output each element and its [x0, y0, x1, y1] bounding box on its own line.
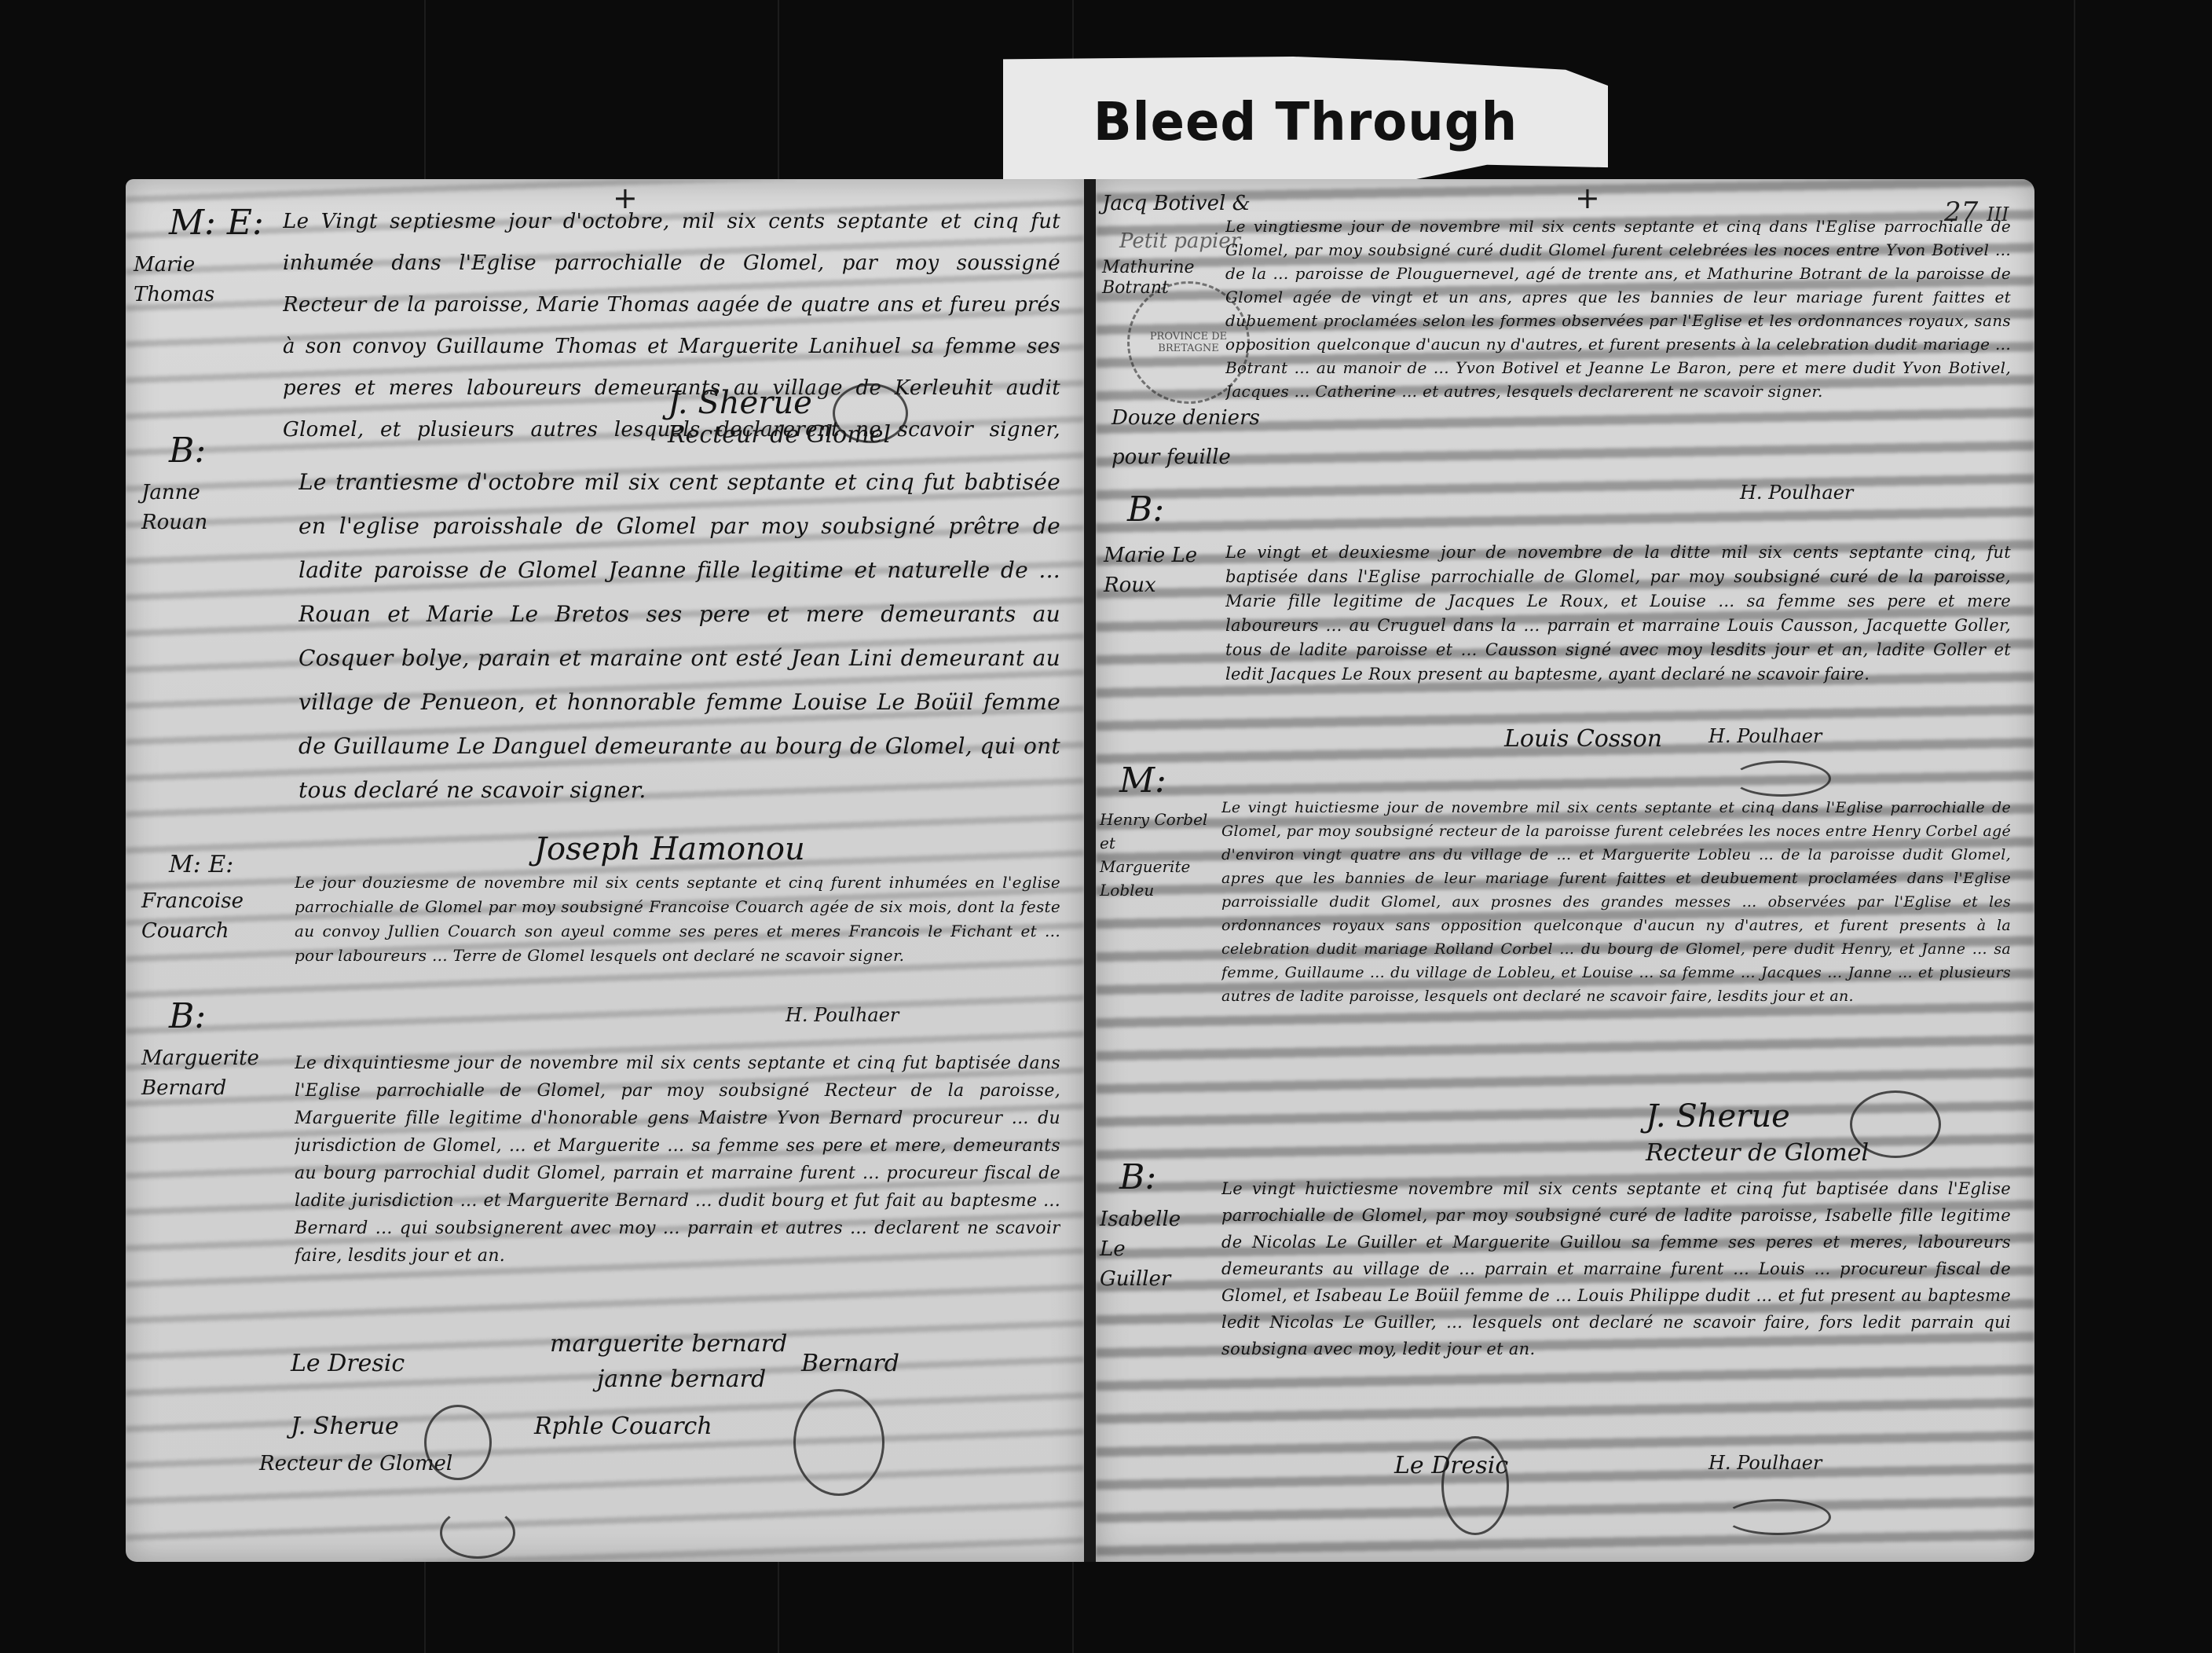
entry-code: M: E: — [169, 851, 233, 878]
cross-mark: + — [1575, 181, 1600, 215]
right-page: + 27 III Jacq Botivel & Petit papier PRO… — [1096, 179, 2034, 1562]
margin-name: Marguerite Bernard — [141, 1043, 244, 1103]
signature: J. Sherue — [1646, 1098, 1790, 1134]
margin-name: Marie Le Roux — [1104, 541, 1198, 600]
entry-text: Le jour douziesme de novembre mil six ce… — [295, 870, 1060, 1020]
signature: H. Poulhaer — [786, 1004, 899, 1026]
entry-text: Le vingt huictiesme jour de novembre mil… — [1221, 796, 2011, 1142]
entry-code: M: E: — [169, 203, 264, 243]
paraph-flourish — [1850, 1090, 1941, 1158]
film-streak — [2074, 0, 2075, 1653]
bleed-through-label-card: Bleed Through — [1003, 57, 1608, 189]
entry-text: Le trantiesme d'octobre mil six cent sep… — [298, 460, 1060, 877]
paraph-flourish — [1732, 761, 1831, 797]
signature: H. Poulhaer — [1708, 725, 1822, 747]
open-register-book: + M: E: Marie Thomas Le Vingt septiesme … — [126, 179, 2034, 1562]
entry-code: M: — [1119, 761, 1166, 801]
entry-text: Le vingt huictiesme novembre mil six cen… — [1221, 1175, 2011, 1450]
signature: Le Dresic — [291, 1350, 405, 1377]
paraph-flourish — [1441, 1436, 1509, 1535]
signature: Bernard — [801, 1350, 899, 1377]
paraph-flourish — [793, 1389, 884, 1496]
signature: Rphle Couarch — [534, 1413, 712, 1440]
entry-text: Le dixquintiesme jour de novembre mil si… — [295, 1050, 1060, 1340]
label-card-text: Bleed Through — [1093, 92, 1518, 153]
left-page: + M: E: Marie Thomas Le Vingt septiesme … — [126, 179, 1084, 1562]
margin-name: Francoise Couarch — [141, 886, 244, 946]
entry-code: B: — [1127, 489, 1164, 530]
book-gutter — [1084, 179, 1096, 1562]
stamp-margin-note: pour feuille — [1111, 442, 1231, 472]
stamp-margin-note: Petit papier — [1119, 226, 1240, 256]
entry-code: B: — [1119, 1157, 1156, 1197]
paraph-flourish — [1724, 1499, 1831, 1535]
entry-code: B: — [169, 996, 206, 1036]
signature: marguerite bernard — [550, 1330, 787, 1358]
signature: J. Sherue — [668, 385, 812, 421]
signature-title: Recteur de Glomel — [1646, 1139, 1869, 1167]
margin-name: Henry Corbel et Marguerite Lobleu — [1100, 808, 1210, 902]
signature: H. Poulhaer — [1708, 1452, 1822, 1474]
paraph-flourish — [424, 1405, 492, 1480]
margin-name: Marie Thomas — [134, 250, 251, 310]
entry-text: Le vingtiesme jour de novembre mil six c… — [1225, 214, 2011, 478]
entry-code: B: — [169, 431, 206, 471]
signature: janne bernard — [597, 1365, 766, 1393]
signature-title: Recteur de Glomel — [259, 1452, 452, 1475]
signature: J. Sherue — [291, 1413, 399, 1440]
margin-name: Isabelle Le Guiller — [1100, 1204, 1202, 1294]
signature: H. Poulhaer — [1740, 482, 1853, 504]
signature: Joseph Hamonou — [534, 831, 805, 867]
paraph-flourish — [440, 1507, 515, 1559]
margin-name: Janne Rouan — [141, 478, 236, 537]
margin-name: Mathurine Botrant — [1102, 258, 1196, 299]
paraph-flourish — [833, 383, 908, 443]
signature: Louis Cosson — [1504, 725, 1662, 753]
